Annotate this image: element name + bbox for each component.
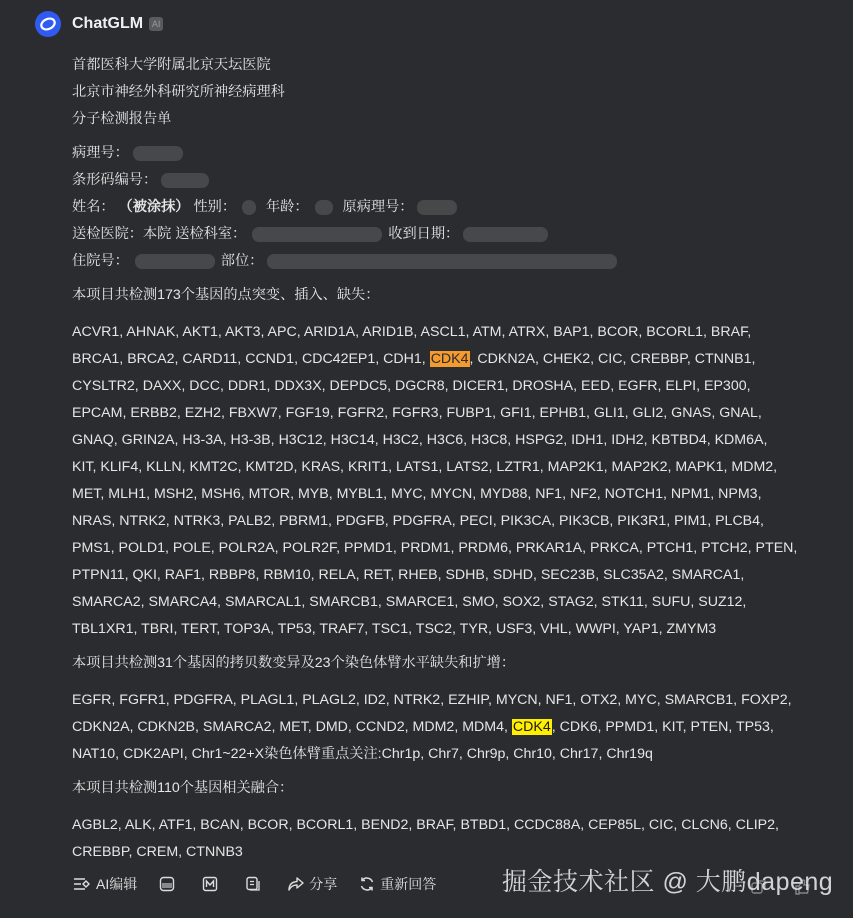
gene-list-text: SMARCA2, SMARCA4, SMARCAL1, SMARCB1, SMA… bbox=[72, 594, 746, 610]
message-toolbar: AI编辑 分享 重新回答 bbox=[73, 874, 458, 894]
ai-edit-icon bbox=[73, 877, 91, 891]
report-title-line: 分子检测报告单 bbox=[72, 106, 832, 133]
report-title-line: 首都医科大学附属北京天坛医院 bbox=[72, 52, 832, 79]
patient-name: （被涂抹） bbox=[119, 199, 190, 215]
gene-list-line: EGFR, FGFR1, PDGFRA, PLAGL1, PLAGL2, ID2… bbox=[72, 687, 832, 714]
gene-list-text: KIT, KLIF4, KLLN, KMT2C, KMT2D, KRAS, KR… bbox=[72, 459, 777, 475]
gene-list-text: CYSLTR2, DAXX, DCC, DDR1, DDX3X, DEPDC5,… bbox=[72, 378, 751, 394]
gene-list-line: ACVR1, AHNAK, AKT1, AKT3, APC, ARID1A, A… bbox=[72, 319, 832, 346]
field-hospital: 送检医院：本院 送检科室：收到日期： bbox=[72, 221, 832, 248]
gene-list-text: EGFR, FGFR1, PDGFRA, PLAGL1, PLAGL2, ID2… bbox=[72, 692, 792, 708]
markdown-icon bbox=[202, 876, 218, 892]
redacted-value bbox=[267, 254, 617, 269]
refresh-icon bbox=[359, 876, 375, 892]
gene-list-line: KIT, KLIF4, KLLN, KMT2C, KMT2D, KRAS, KR… bbox=[72, 454, 832, 481]
gene-list-line: NAT10, CDK2API, Chr1~22+X染色体臂重点关注:Chr1p,… bbox=[72, 741, 832, 768]
chat-header: ChatGLM AI bbox=[35, 11, 163, 37]
gene-list-line: NRAS, NTRK2, NTRK3, PALB2, PBRM1, PDGFB,… bbox=[72, 508, 832, 535]
gene-list-text: GNAQ, GRIN2A, H3-3A, H3-3B, H3C12, H3C14… bbox=[72, 432, 767, 448]
share-icon bbox=[288, 877, 304, 891]
gene-list-line: PTPN11, QKI, RAF1, RBBP8, RBM10, RELA, R… bbox=[72, 562, 832, 589]
section-heading: 本项目共检测173个基因的点突变、插入、缺失： bbox=[72, 282, 832, 309]
gene-list-line: BRCA1, BRCA2, CARD11, CCND1, CDC42EP1, C… bbox=[72, 346, 832, 373]
highlighted-gene: CDK4 bbox=[430, 351, 470, 367]
gene-list-text: AGBL2, ALK, ATF1, BCAN, BCOR, BCORL1, BE… bbox=[72, 817, 779, 833]
gene-list-line: CDKN2A, CDKN2B, SMARCA2, MET, DMD, CCND2… bbox=[72, 714, 832, 741]
section-heading: 本项目共检测110个基因相关融合： bbox=[72, 775, 832, 802]
gene-list-line: CYSLTR2, DAXX, DCC, DDR1, DDX3X, DEPDC5,… bbox=[72, 373, 832, 400]
copy-document-button[interactable] bbox=[245, 876, 266, 892]
redacted-value bbox=[252, 227, 382, 242]
watermark: 掘金技术社区 @ 大鹏dapeng bbox=[502, 862, 833, 898]
report-title-line: 北京市神经外科研究所神经病理科 bbox=[72, 79, 832, 106]
gene-list-text: , CDK6, PPMD1, KIT, PTEN, TP53, bbox=[552, 719, 774, 735]
ai-edit-button[interactable]: AI编辑 bbox=[73, 874, 137, 894]
gene-list-line: MET, MLH1, MSH2, MSH6, MTOR, MYB, MYBL1,… bbox=[72, 481, 832, 508]
gene-list-line: GNAQ, GRIN2A, H3-3A, H3-3B, H3C12, H3C14… bbox=[72, 427, 832, 454]
field-patient-info: 姓名： （被涂抹） 性别： 年龄： 原病理号： bbox=[72, 194, 832, 221]
gene-list-text: PTPN11, QKI, RAF1, RBBP8, RBM10, RELA, R… bbox=[72, 567, 744, 583]
gene-list-line: EPCAM, ERBB2, EZH2, FBXW7, FGF19, FGFR2,… bbox=[72, 400, 832, 427]
redacted-value bbox=[135, 254, 215, 269]
gene-list-text: TBL1XR1, TBRI, TERT, TOP3A, TP53, TRAF7,… bbox=[72, 621, 716, 637]
export-pdf-button[interactable] bbox=[159, 876, 180, 892]
gene-list-text: NAT10, CDK2API, Chr1~22+X染色体臂重点关注:Chr1p,… bbox=[72, 746, 653, 762]
gene-list-text: PMS1, POLD1, POLE, POLR2A, POLR2F, PPMD1… bbox=[72, 540, 797, 556]
gene-list-text: EPCAM, ERBB2, EZH2, FBXW7, FGF19, FGFR2,… bbox=[72, 405, 762, 421]
field-inpatient: 住院号：部位： bbox=[72, 248, 832, 275]
gene-list-text: ACVR1, AHNAK, AKT1, AKT3, APC, ARID1A, A… bbox=[72, 324, 751, 340]
gene-list-line: AGBL2, ALK, ATF1, BCAN, BCOR, BCORL1, BE… bbox=[72, 812, 832, 839]
regenerate-button[interactable]: 重新回答 bbox=[359, 874, 436, 894]
redacted-value bbox=[161, 173, 209, 188]
redacted-value bbox=[133, 146, 183, 161]
highlighted-gene: CDK4 bbox=[512, 719, 552, 735]
share-button[interactable]: 分享 bbox=[288, 874, 337, 894]
field-pathology-no: 病理号： bbox=[72, 140, 832, 167]
gene-list-text: MET, MLH1, MSH2, MSH6, MTOR, MYB, MYBL1,… bbox=[72, 486, 762, 502]
export-markdown-button[interactable] bbox=[202, 876, 223, 892]
gene-list-text: NRAS, NTRK2, NTRK3, PALB2, PBRM1, PDGFB,… bbox=[72, 513, 764, 529]
gene-sections: 本项目共检测173个基因的点突变、插入、缺失：ACVR1, AHNAK, AKT… bbox=[72, 282, 832, 866]
redacted-value bbox=[315, 200, 333, 215]
field-barcode: 条形码编号： bbox=[72, 167, 832, 194]
redacted-value bbox=[463, 227, 548, 242]
gene-list-text: CDKN2A, CDKN2B, SMARCA2, MET, DMD, CCND2… bbox=[72, 719, 512, 735]
ai-badge: AI bbox=[149, 17, 163, 31]
assistant-message: 首都医科大学附属北京天坛医院 北京市神经外科研究所神经病理科 分子检测报告单 病… bbox=[72, 52, 832, 866]
gene-list-line: PMS1, POLD1, POLE, POLR2A, POLR2F, PPMD1… bbox=[72, 535, 832, 562]
section-heading: 本项目共检测31个基因的拷贝数变异及23个染色体臂水平缺失和扩增： bbox=[72, 650, 832, 677]
redacted-value bbox=[242, 200, 256, 215]
document-icon bbox=[245, 876, 261, 892]
gene-list-line: SMARCA2, SMARCA4, SMARCAL1, SMARCB1, SMA… bbox=[72, 589, 832, 616]
gene-list-text: , CDKN2A, CHEK2, CIC, CREBBP, CTNNB1, bbox=[470, 351, 756, 367]
gene-list-text: BRCA1, BRCA2, CARD11, CCND1, CDC42EP1, C… bbox=[72, 351, 430, 367]
redacted-value bbox=[417, 200, 457, 215]
pdf-icon bbox=[159, 876, 175, 892]
app-name: ChatGLM bbox=[72, 15, 143, 33]
gene-list-line: TBL1XR1, TBRI, TERT, TOP3A, TP53, TRAF7,… bbox=[72, 616, 832, 643]
gene-list-text: CREBBP, CREM, CTNNB3 bbox=[72, 844, 243, 860]
chatglm-logo-icon bbox=[35, 11, 61, 37]
